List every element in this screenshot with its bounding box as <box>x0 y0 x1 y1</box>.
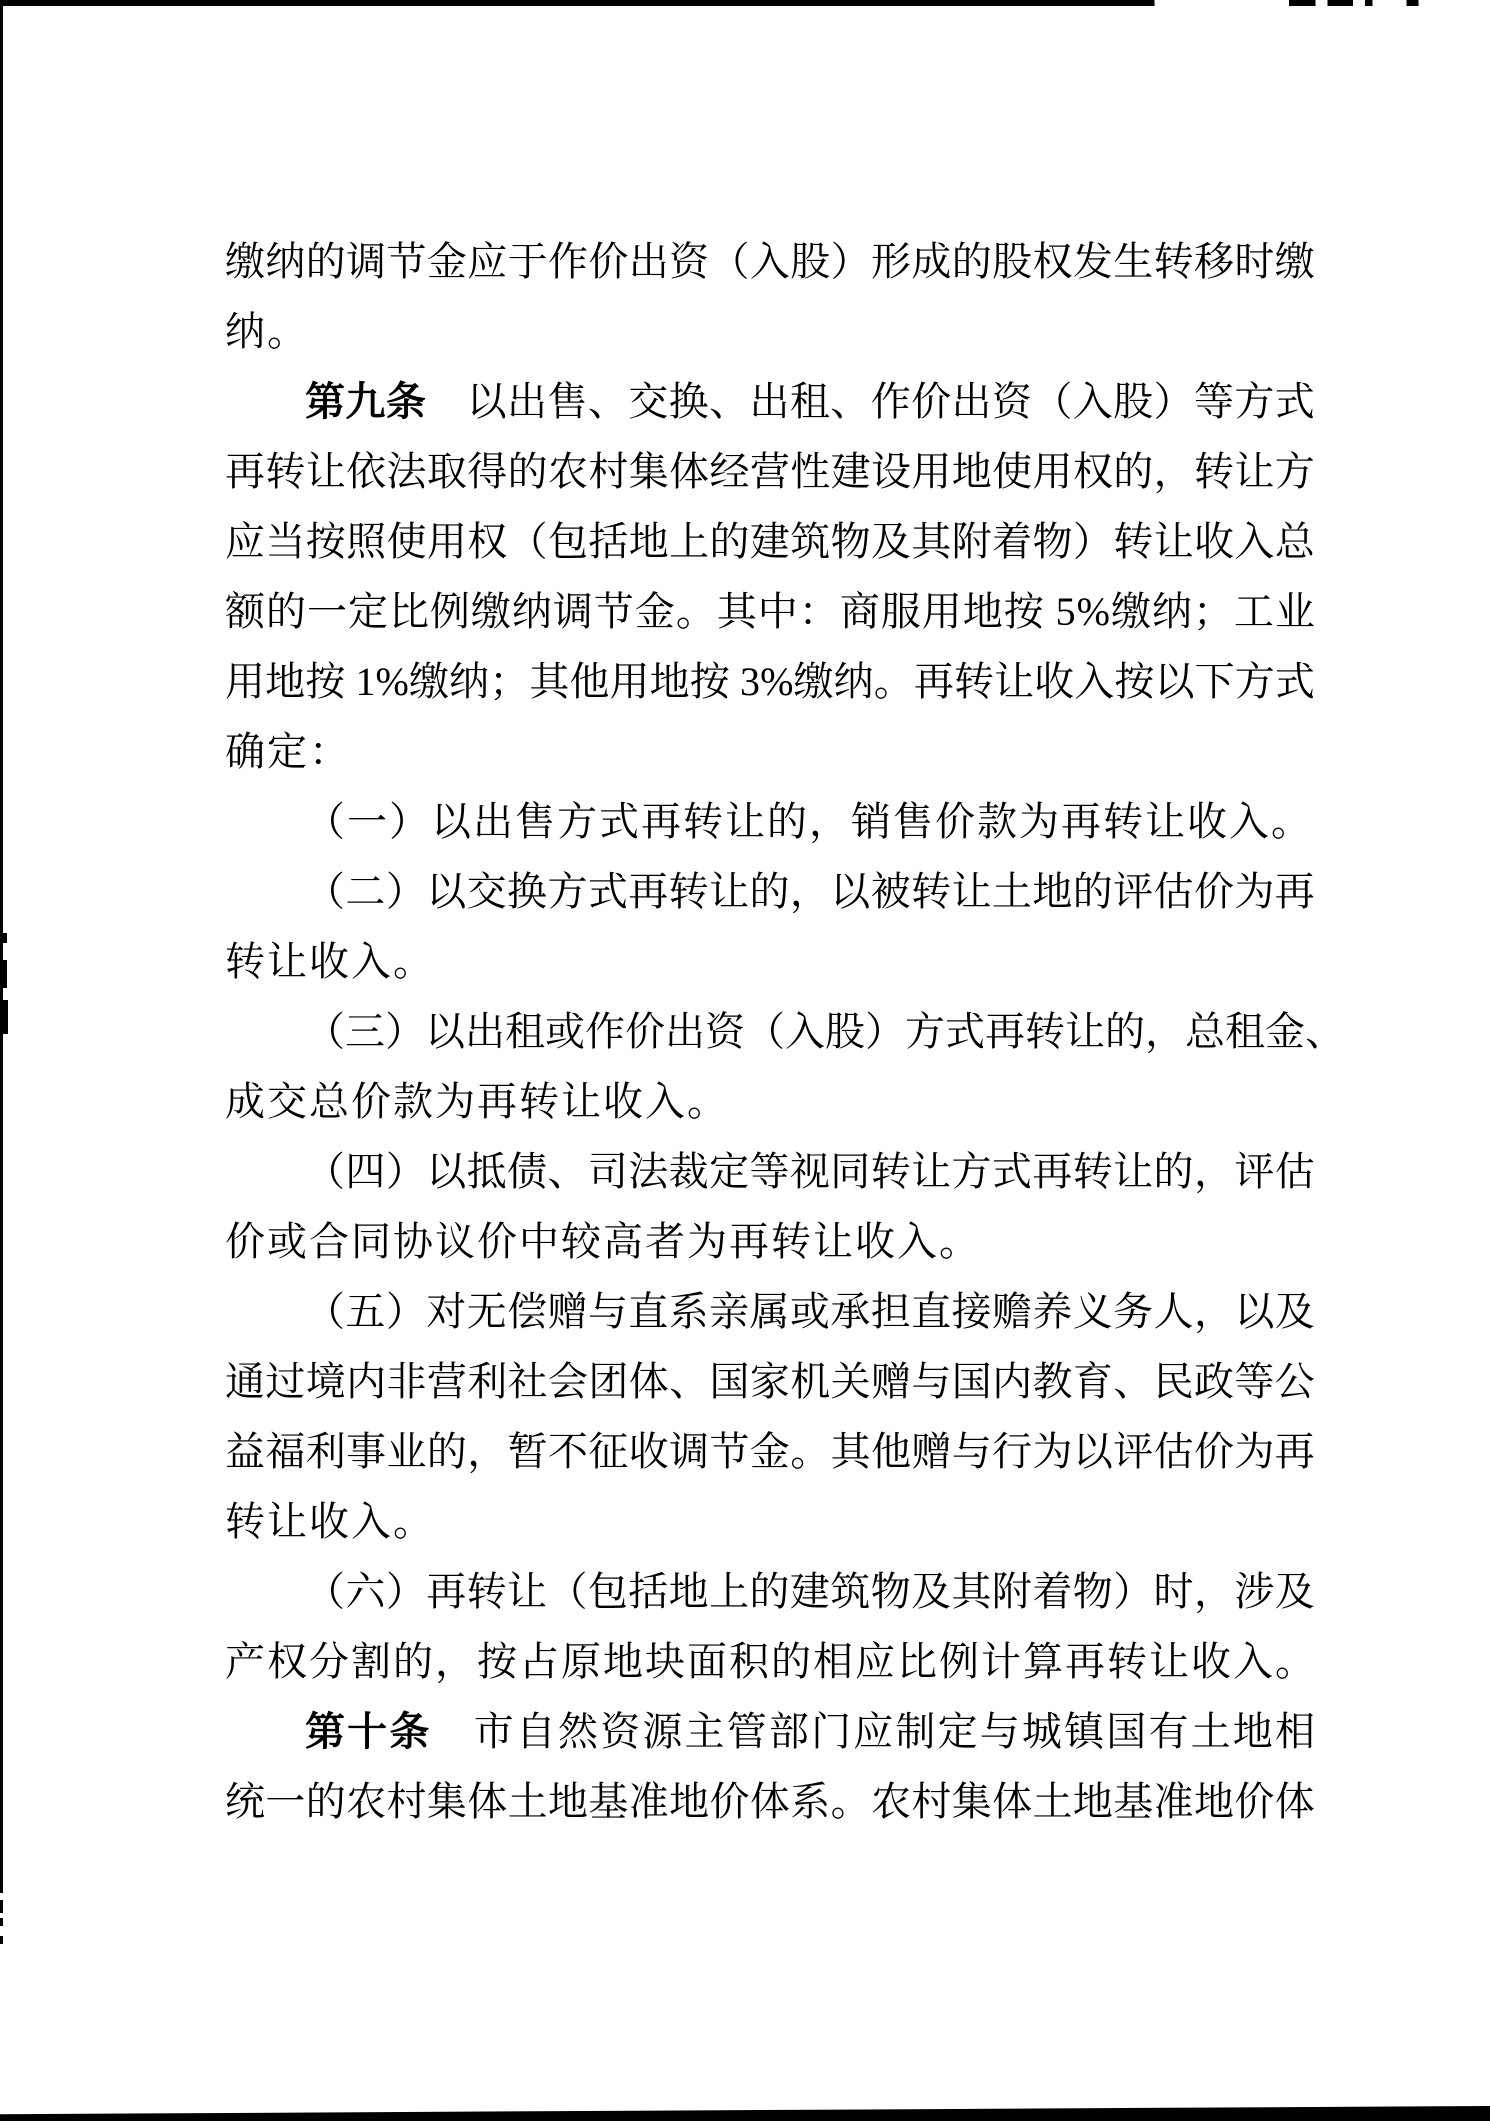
text-line: 额的一定比例缴纳调节金。其中：商服用地按 5%缴纳；工业 <box>225 577 1315 647</box>
text-line: 产权分割的，按占原地块面积的相应比例计算再转让收入。 <box>225 1627 1315 1697</box>
scan-border-left <box>0 0 3 1893</box>
text-line: 转让收入。 <box>225 927 1315 997</box>
text-line: （五）对无偿赠与直系亲属或承担直接赡养义务人，以及 <box>225 1277 1315 1347</box>
scan-speck <box>3 1000 8 1034</box>
text-line: 确定： <box>225 717 1315 787</box>
text-line: 通过境内非营利社会团体、国家机关赠与国内教育、民政等公 <box>225 1347 1315 1417</box>
text-line: 价或合同协议价中较高者为再转让收入。 <box>225 1207 1315 1277</box>
text-line: 第九条 以出售、交换、出租、作价出资（入股）等方式 <box>225 367 1315 437</box>
document-text-block: 缴纳的调节金应于作价出资（入股）形成的股权发生转移时缴纳。第九条 以出售、交换、… <box>225 227 1315 1837</box>
scan-border-bottom <box>0 2106 1490 2121</box>
scan-border-left-dash <box>0 1900 3 1913</box>
text-line: 纳。 <box>225 297 1315 367</box>
text-line: 转让收入。 <box>225 1487 1315 1557</box>
scan-border-top <box>0 0 1490 6</box>
scan-border-left-dash <box>0 1918 3 1926</box>
scan-border-left-dash <box>0 1936 3 1944</box>
text-line: 第十条 市自然资源主管部门应制定与城镇国有土地相 <box>225 1697 1315 1767</box>
text-line: （二）以交换方式再转让的，以被转让土地的评估价为再 <box>225 857 1315 927</box>
text-line: 统一的农村集体土地基准地价体系。农村集体土地基准地价体 <box>225 1767 1315 1837</box>
text-line: 缴纳的调节金应于作价出资（入股）形成的股权发生转移时缴 <box>225 227 1315 297</box>
text-line: 应当按照使用权（包括地上的建筑物及其附着物）转让收入总 <box>225 507 1315 577</box>
document-page: 缴纳的调节金应于作价出资（入股）形成的股权发生转移时缴纳。第九条 以出售、交换、… <box>0 0 1490 2122</box>
text-line: 再转让依法取得的农村集体经营性建设用地使用权的，转让方 <box>225 437 1315 507</box>
text-line: 用地按 1%缴纳；其他用地按 3%缴纳。再转让收入按以下方式 <box>225 647 1315 717</box>
text-line: 成交总价款为再转让收入。 <box>225 1067 1315 1137</box>
scan-speck <box>3 933 7 943</box>
scan-speck <box>2 960 7 988</box>
text-line: （六）再转让（包括地上的建筑物及其附着物）时，涉及 <box>225 1557 1315 1627</box>
text-line: （四）以抵债、司法裁定等视同转让方式再转让的，评估 <box>225 1137 1315 1207</box>
text-line: （一）以出售方式再转让的，销售价款为再转让收入。 <box>225 787 1315 857</box>
text-line: （三）以出租或作价出资（入股）方式再转让的，总租金、 <box>225 997 1315 1067</box>
text-line: 益福利事业的，暂不征收调节金。其他赠与行为以评估价为再 <box>225 1417 1315 1487</box>
